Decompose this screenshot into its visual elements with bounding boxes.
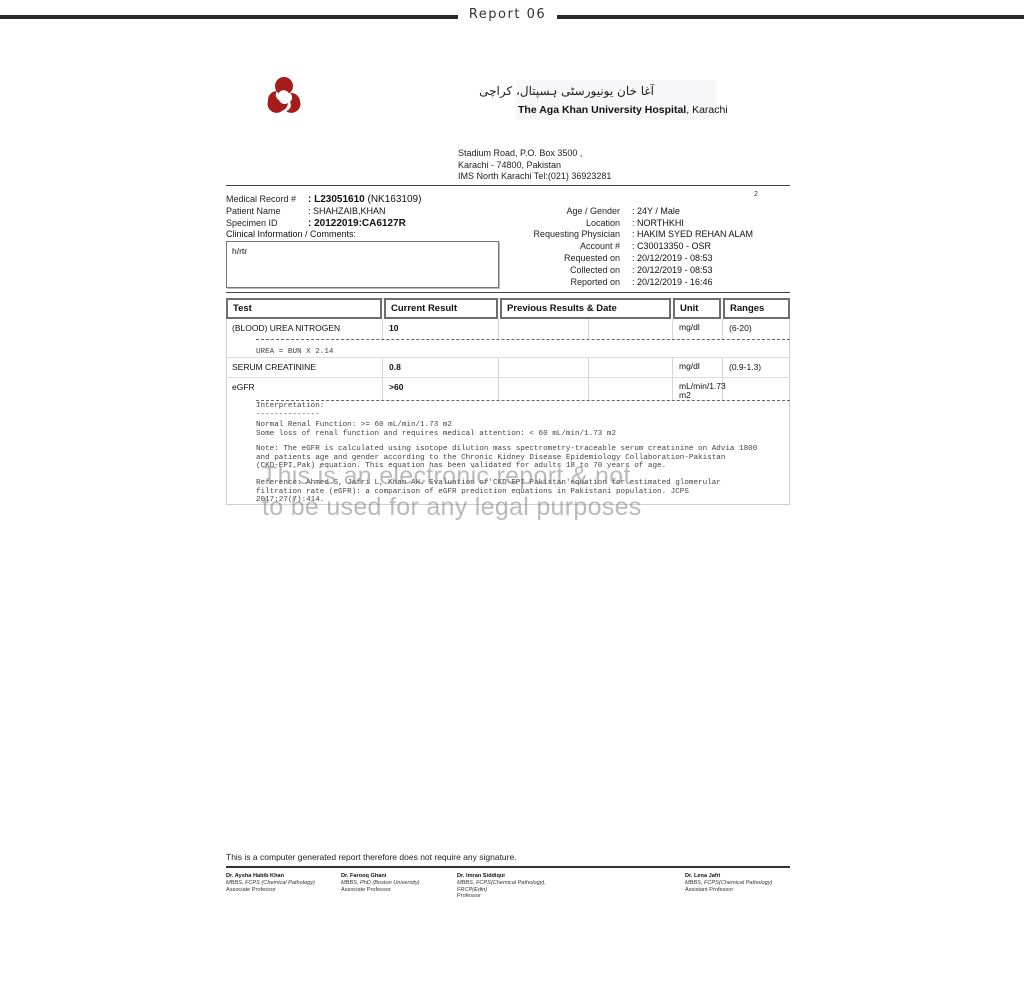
reference-text: Reference: Ahmed S, Jafri L, Khan AH. Ev… (256, 479, 721, 505)
column-unit: Unit (673, 298, 721, 319)
reported-row: Reported on: 20/12/2019 - 16:46 (520, 276, 753, 288)
hospital-logo-text: آغا خان یونیورسٹی ہسپتال، کراچی The Aga … (516, 80, 716, 120)
hospital-address: Stadium Road, P.O. Box 3500 , Karachi - … (458, 148, 611, 183)
clinical-info-box: h/rtr (226, 241, 499, 288)
aku-trefoil-logo-icon (264, 75, 304, 115)
table-row: (BLOOD) UREA NITROGEN 10 mg/dl (6-20) (226, 319, 790, 339)
column-ranges: Ranges (723, 298, 790, 319)
specimen-id-row: Specimen ID : 20122019:CA6127R (226, 217, 421, 229)
title-rule-right (557, 15, 1024, 19)
interpretation-text: Interpretation:--------------Normal Rena… (256, 402, 616, 438)
doctor-signatory: Dr. Imran Siddiqui MBBS, FCPS(Chemical P… (457, 873, 546, 900)
dashed-separator (256, 339, 790, 340)
signature-note: This is a computer generated report ther… (226, 852, 517, 862)
report-title: Report 06 (458, 7, 557, 22)
title-rule-left (0, 15, 458, 19)
hospital-name: The Aga Khan University Hospital, Karach… (518, 104, 728, 116)
dashed-separator (256, 400, 790, 401)
patient-name-row: Patient Name : SHAHZAIB,KHAN (226, 205, 421, 217)
urea-formula: UREA = BUN X 2.14 (256, 348, 333, 357)
doctor-signatory: Dr. Aysha Habib Khan MBBS, FCPS (Chemica… (226, 873, 315, 893)
patient-info-right: Age / Gender: 24Y / Male Location: NORTH… (520, 205, 753, 288)
column-current-result: Current Result (384, 298, 498, 319)
column-previous-results: Previous Results & Date (500, 298, 671, 319)
requested-row: Requested on: 20/12/2019 - 08:53 (520, 252, 753, 264)
location-row: Location: NORTHKHI (520, 217, 753, 229)
column-test: Test (226, 298, 382, 319)
doctor-signatory: Dr. Farooq Ghani MBBS, PhD (Boston Unive… (341, 873, 420, 893)
medical-record-row: Medical Record # : L23051610 (NK163109) (226, 193, 421, 205)
age-gender-row: Age / Gender: 24Y / Male (520, 205, 753, 217)
clinical-info-label: Clinical Information / Comments: (226, 229, 421, 239)
table-row: eGFR >60 mL/min/1.73 m2 (226, 378, 790, 400)
page-number: 2 (754, 191, 758, 198)
hospital-name-urdu: آغا خان یونیورسٹی ہسپتال، کراچی (479, 84, 654, 98)
account-row: Account #: C30013350 - OSR (520, 240, 753, 252)
footer-divider (226, 866, 790, 868)
report-title-bar: Report 06 (0, 0, 1024, 34)
header-divider (226, 185, 790, 186)
patient-info-left: Medical Record # : L23051610 (NK163109) … (226, 193, 421, 239)
collected-row: Collected on: 20/12/2019 - 08:53 (520, 264, 753, 276)
physician-row: Requesting Physician: HAKIM SYED REHAN A… (520, 229, 753, 241)
info-divider (226, 292, 790, 293)
table-row: SERUM CREATININE 0.8 mg/dl (0.9-1.3) (226, 358, 790, 377)
egfr-note: Note: The eGFR is calculated using isoto… (256, 445, 757, 471)
doctor-signatory: Dr. Lena Jafri MBBS, FCPS(Chemical Patho… (685, 873, 772, 893)
results-header: Test Current Result Previous Results & D… (226, 298, 790, 319)
